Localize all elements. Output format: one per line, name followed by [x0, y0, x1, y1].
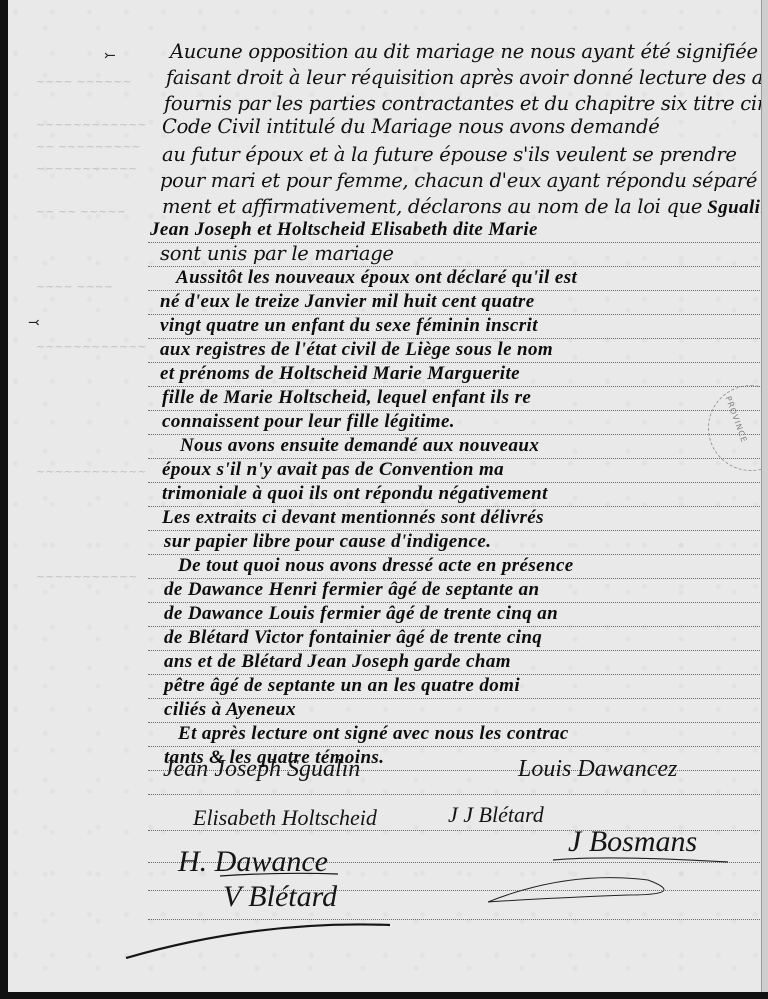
signature-flourishes — [8, 0, 762, 992]
scan-left-border — [0, 0, 8, 999]
scan-bottom-border — [0, 992, 768, 999]
register-page: ~~~~ ~~~~~~ ~~~~~~~~~~~~~ ~~ ~~~~~~~~~ ~… — [8, 0, 762, 992]
scan-right-border — [761, 0, 768, 999]
